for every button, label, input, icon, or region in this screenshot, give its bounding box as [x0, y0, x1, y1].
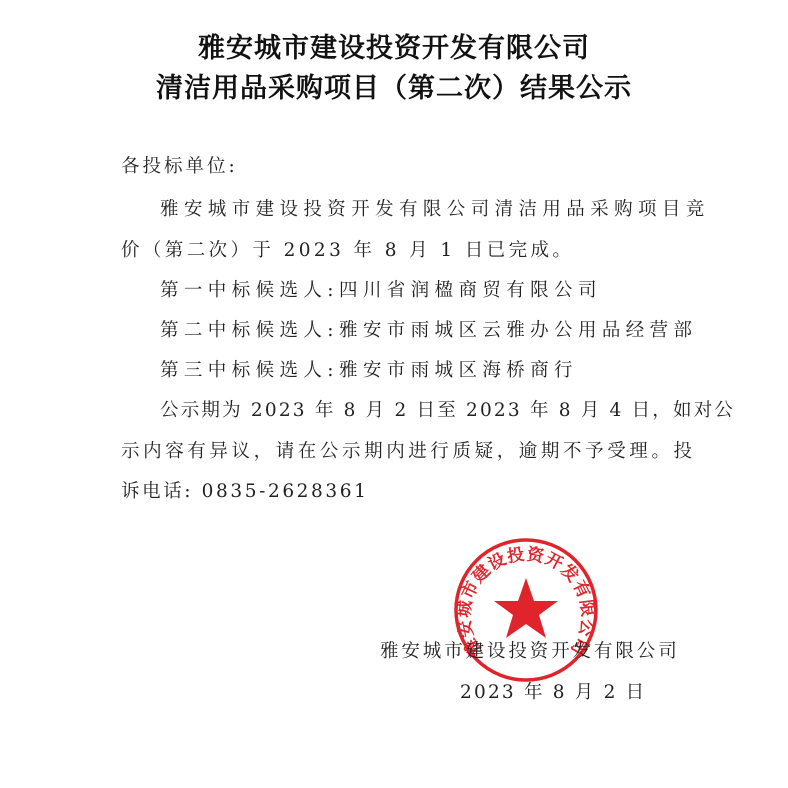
signature-company: 雅安城市建设投资开发有限公司 [380, 637, 680, 663]
paragraph-1-line-1: 雅安城市建设投资开发有限公司清洁用品采购项目竞 [160, 195, 710, 221]
candidate-1-name: 四川省润楹商贸有限公司 [339, 280, 602, 301]
signature-date: 2023 年 8 月 2 日 [460, 678, 646, 704]
candidate-3: 第三中标候选人:雅安市雨城区海桥商行 [160, 356, 578, 382]
candidate-2: 第二中标候选人:雅安市雨城区云雅办公用品经营部 [160, 316, 697, 342]
notice-line-2: 示内容有异议，请在公示期内进行质疑，逾期不予受理。投 [121, 437, 696, 463]
notice-line-1: 公示期为 2023 年 8 月 2 日至 2023 年 8 月 4 日，如对公 [160, 396, 735, 422]
candidate-1-label: 第一中标候选人: [160, 280, 339, 301]
title-line-1: 雅安城市建设投资开发有限公司 [0, 26, 788, 65]
salutation: 各投标单位: [121, 152, 238, 178]
paragraph-1-line-2: 价（第二次）于 2023 年 8 月 1 日已完成。 [121, 236, 574, 262]
star-icon [494, 578, 558, 638]
candidate-1: 第一中标候选人:四川省润楹商贸有限公司 [160, 276, 602, 302]
candidate-2-label: 第二中标候选人: [160, 320, 339, 341]
candidate-3-label: 第三中标候选人: [160, 360, 339, 381]
candidate-2-name: 雅安市雨城区云雅办公用品经营部 [339, 320, 698, 341]
title-line-2: 清洁用品采购项目（第二次）结果公示 [0, 66, 788, 105]
notice-line-3: 诉电话: 0835-2628361 [121, 477, 369, 503]
candidate-3-name: 雅安市雨城区海桥商行 [339, 360, 578, 381]
